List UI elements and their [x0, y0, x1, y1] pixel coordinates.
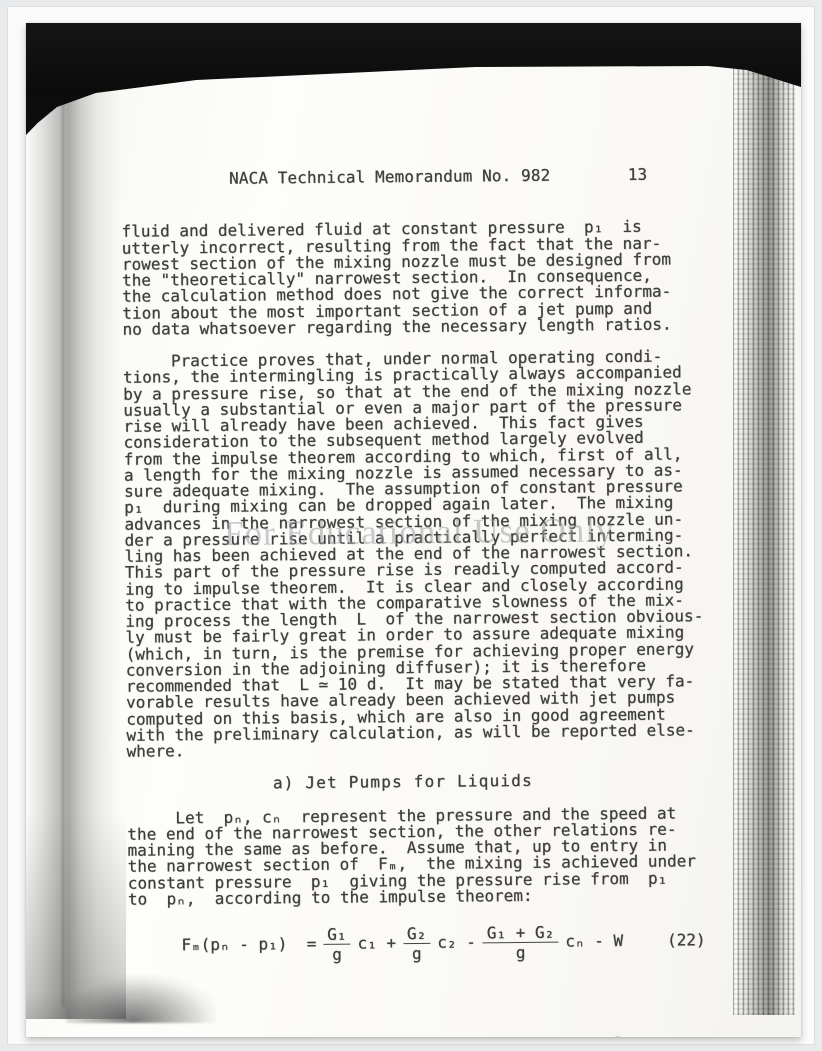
fraction-denominator: g [516, 943, 526, 961]
fraction-g1-over-g: G₁ g [323, 926, 351, 963]
section-heading-jet-pumps-for-liquids: a) Jet Pumps for Liquids [127, 771, 713, 793]
scanned-book-page-photo: NACA Technical Memorandum No. 982 13 flu… [26, 23, 801, 1037]
equation-term-3: cₙ - W [565, 933, 623, 950]
fraction-numerator: G₁ + G₂ [483, 924, 559, 944]
equation-lhs: Fₘ(pₙ - p₁) = [181, 936, 316, 954]
fraction-denominator: g [412, 944, 422, 962]
scanner-background-band [26, 23, 801, 148]
page-edge-stack [733, 63, 795, 1015]
page-header: NACA Technical Memorandum No. 982 13 [121, 166, 707, 188]
page-number: 13 [628, 167, 647, 183]
fraction-denominator: g [332, 945, 342, 963]
watermark-text: For Educational Use Only [224, 510, 674, 554]
book-gutter-shadow [26, 78, 126, 1019]
equation-22: Fₘ(pₙ - p₁) = G₁ g c₁ + G₂ g c₂ - G₁ + G… [128, 922, 714, 965]
scan-frame: NACA Technical Memorandum No. 982 13 flu… [7, 6, 815, 1045]
fraction-g2-over-g: G₂ g [403, 925, 431, 962]
fraction-numerator: G₁ [323, 926, 350, 945]
equation-term-2: c₂ - [437, 935, 476, 952]
equation-number: (22) [667, 933, 706, 950]
running-head-title: NACA Technical Memorandum No. 982 [229, 168, 550, 187]
paragraph-2: Practice proves that, under normal opera… [123, 348, 713, 760]
scan-shadow-bottom-left [66, 975, 216, 1023]
paragraph-3: Let pₙ, cₙ represent the pressure and th… [127, 805, 714, 908]
equation-term-1: c₁ + [357, 936, 396, 953]
fraction-g1-plus-g2-over-g: G₁ + G₂ g [483, 924, 559, 962]
fraction-numerator: G₂ [403, 925, 430, 944]
book-gutter-crease [62, 93, 64, 1007]
ink-speck [614, 1035, 621, 1037]
typewritten-page-content: NACA Technical Memorandum No. 982 13 flu… [121, 166, 715, 965]
paragraph-1: fluid and delivered fluid at constant pr… [122, 218, 709, 337]
